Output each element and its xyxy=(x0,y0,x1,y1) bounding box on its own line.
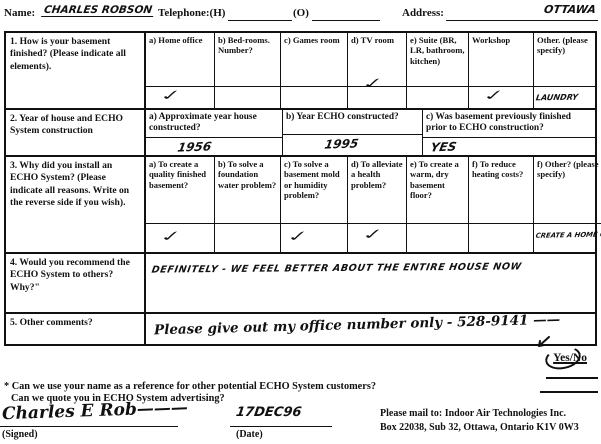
question-3-row: 3. Why did you install an ECHO System? (… xyxy=(6,157,595,254)
q1-option-workshop: Workshop ✓ xyxy=(469,33,534,108)
yes-no-text: Yes/No xyxy=(553,352,587,364)
q1-answer-other: LAUNDRY xyxy=(534,86,595,108)
checkmark-icon: ✓ xyxy=(159,86,183,104)
q3-answer-mold-humidity: ✓ xyxy=(281,223,347,252)
year-house-handwritten: 1956 xyxy=(176,137,212,154)
advertising-answer-blank xyxy=(540,391,598,393)
question-2-text: 2. Year of house and ECHO System constru… xyxy=(6,110,146,155)
q3-answer-foundation-water xyxy=(215,223,280,252)
q4-answer-handwritten: DEFINITELY - WE FEEL BETTER ABOUT THE EN… xyxy=(151,261,523,275)
mail-to-line2: Box 22038, Sub 32, Ottawa, Ontario K1V 0… xyxy=(380,421,598,435)
name-label: Name: xyxy=(4,7,35,19)
date-label: (Date) xyxy=(236,429,263,440)
yes-no-choice: Yes/No xyxy=(553,352,587,364)
question-4-row: 4. Would you recommend the ECHO System t… xyxy=(6,254,595,314)
question-1-options: a) Home office ✓ b) Bed-rooms. Number? c… xyxy=(146,33,595,108)
q5-answer-cell: Please give out my office number only - … xyxy=(146,314,595,344)
reference-answer-blank xyxy=(546,377,598,379)
address-value-handwritten: OTTAWA xyxy=(543,3,597,16)
reference-question: * Can we use your name as a reference fo… xyxy=(4,381,376,392)
question-3-options: a) To create a quality finished basement… xyxy=(146,157,601,252)
q2-answer-previously-finished: YES xyxy=(423,137,595,156)
question-2-options: a) Approximate year house constructed? 1… xyxy=(146,110,595,155)
q3-option-quality-basement: a) To create a quality finished basement… xyxy=(146,157,215,252)
name-value-handwritten: CHARLES ROBSON xyxy=(41,4,155,17)
checkmark-icon: ✓ xyxy=(361,225,385,243)
q1-answer-home-office: ✓ xyxy=(146,86,214,108)
q3-answer-heating-costs xyxy=(469,223,533,252)
telephone-home-label: Telephone:(H) xyxy=(158,7,225,19)
q1-option-bedrooms: b) Bed-rooms. Number? xyxy=(215,33,281,108)
scanned-survey-form: Name: CHARLES ROBSON Telephone:(H) (O) A… xyxy=(0,0,601,444)
telephone-office-blank xyxy=(312,5,380,21)
checkmark-icon: ✓ xyxy=(159,227,183,245)
q1-answer-games-room xyxy=(281,86,347,108)
header-line: Name: CHARLES ROBSON Telephone:(H) (O) A… xyxy=(4,3,598,25)
mail-to-line1: Please mail to: Indoor Air Technologies … xyxy=(380,407,598,421)
yes-handwritten: YES xyxy=(429,137,458,154)
q2-previously-finished: c) Was basement previously finished prio… xyxy=(423,110,595,155)
signature-line xyxy=(0,426,178,427)
q3-option-warm-dry-floor: e) To create a warm, dry basement floor? xyxy=(407,157,469,252)
laundry-handwritten: LAUNDRY xyxy=(533,91,580,104)
q1-answer-bedrooms xyxy=(215,86,280,108)
date-handwritten: 17DEC96 xyxy=(235,405,303,420)
q3-option-foundation-water: b) To solve a foundation water problem? xyxy=(215,157,281,252)
q1-option-games-room: c) Games room xyxy=(281,33,348,108)
q1-option-suite: e) Suite (BR, LR, bathroom, kitchen) xyxy=(407,33,469,108)
signed-label: (Signed) xyxy=(2,429,38,440)
q3-option-other: f) Other? (please specify) CREATE A HOME… xyxy=(534,157,601,252)
question-3-text: 3. Why did you install an ECHO System? (… xyxy=(6,157,146,252)
q3-option-health-problem: d) To alleviate a health problem? ✓ xyxy=(348,157,407,252)
q1-option-other: Other. (please specify) LAUNDRY xyxy=(534,33,595,108)
year-echo-handwritten: 1995 xyxy=(323,134,359,151)
q3-answer-health-problem: ✓ xyxy=(348,223,406,252)
q1-answer-workshop: ✓ xyxy=(469,86,533,108)
q1-answer-tv-room: ✓ xyxy=(348,86,406,108)
telephone-office-label: (O) xyxy=(293,7,309,19)
q5-answer-handwritten: Please give out my office number only - … xyxy=(154,312,560,339)
q2-answer-year-house: 1956 xyxy=(146,137,282,156)
address-label: Address: xyxy=(402,7,444,19)
q2-year-house: a) Approximate year house constructed? 1… xyxy=(146,110,283,155)
q3-answer-quality-basement: ✓ xyxy=(146,223,214,252)
checkmark-icon: ✓ xyxy=(361,74,385,92)
checkmark-icon: ✓ xyxy=(482,86,506,104)
question-5-text: 5. Other comments? xyxy=(6,314,146,344)
q1-answer-suite xyxy=(407,86,468,108)
q3-answer-warm-dry-floor xyxy=(407,223,468,252)
q3-option-heating-costs: f) To reduce heating costs? xyxy=(469,157,534,252)
create-home-office-handwritten: CREATE A HOME OFFICE xyxy=(533,228,601,240)
q3-option-mold-humidity: c) To solve a basement mold or humidity … xyxy=(281,157,348,252)
question-2-row: 2. Year of house and ECHO System constru… xyxy=(6,110,595,157)
q3-answer-other: CREATE A HOME OFFICE xyxy=(534,223,601,252)
q1-option-tv-room: d) TV room ✓ xyxy=(348,33,407,108)
checkmark-icon: ✓ xyxy=(286,227,310,245)
telephone-home-blank xyxy=(228,5,292,21)
mail-to-block: Please mail to: Indoor Air Technologies … xyxy=(380,407,598,434)
q4-answer-cell: DEFINITELY - WE FEEL BETTER ABOUT THE EN… xyxy=(146,254,595,312)
question-1-text: 1. How is your basement finished? (Pleas… xyxy=(6,33,146,108)
date-line xyxy=(230,426,332,427)
q1-option-home-office: a) Home office ✓ xyxy=(146,33,215,108)
question-5-row: 5. Other comments? Please give out my of… xyxy=(6,314,595,344)
question-1-row: 1. How is your basement finished? (Pleas… xyxy=(6,33,595,110)
survey-table: 1. How is your basement finished? (Pleas… xyxy=(4,31,597,346)
q2-answer-year-echo: 1995 xyxy=(283,134,422,155)
question-4-text: 4. Would you recommend the ECHO System t… xyxy=(6,254,146,312)
q2-year-echo: b) Year ECHO constructed? 1995 xyxy=(283,110,423,155)
